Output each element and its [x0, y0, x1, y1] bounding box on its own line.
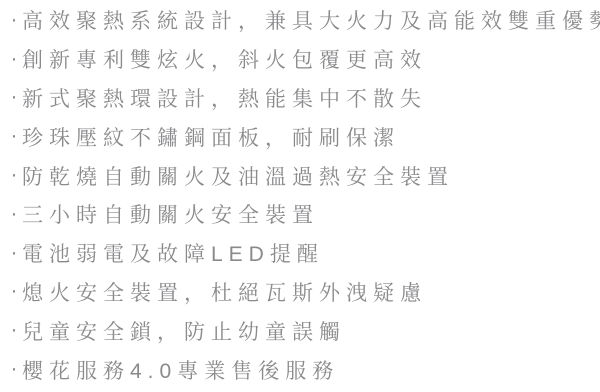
feature-item: · 防乾燒自動關火及油溫過熱安全裝置 — [6, 156, 600, 195]
feature-text: 熄火安全裝置，杜絕瓦斯外洩疑慮 — [22, 277, 427, 307]
feature-text: 櫻花服務4.0專業售後服務 — [22, 355, 339, 385]
feature-item: · 櫻花服務4.0專業售後服務 — [6, 350, 600, 389]
bullet-icon: · — [6, 86, 22, 107]
feature-item: · 珍珠壓紋不鏽鋼面板，耐刷保潔 — [6, 117, 600, 156]
feature-text: 電池弱電及故障LED提醒 — [22, 238, 324, 268]
bullet-icon: · — [6, 9, 22, 30]
bullet-icon: · — [6, 125, 22, 146]
feature-text: 防乾燒自動關火及油溫過熱安全裝置 — [22, 161, 454, 191]
feature-item: · 高效聚熱系統設計，兼具大火力及高能效雙重優勢 — [6, 1, 600, 40]
feature-item: · 新式聚熱環設計，熱能集中不散失 — [6, 79, 600, 118]
feature-list: · 高效聚熱系統設計，兼具大火力及高能效雙重優勢 · 創新專利雙炫火，斜火包覆更… — [0, 0, 600, 389]
feature-text: 兒童安全鎖，防止幼童誤觸 — [22, 316, 346, 346]
feature-text: 珍珠壓紋不鏽鋼面板，耐刷保潔 — [22, 122, 400, 152]
feature-text: 三小時自動關火安全裝置 — [22, 199, 319, 229]
bullet-icon: · — [6, 164, 22, 185]
bullet-icon: · — [6, 203, 22, 224]
feature-item: · 兒童安全鎖，防止幼童誤觸 — [6, 311, 600, 350]
feature-item: · 創新專利雙炫火，斜火包覆更高效 — [6, 40, 600, 79]
bullet-icon: · — [6, 358, 22, 379]
bullet-icon: · — [6, 48, 22, 69]
feature-item: · 三小時自動關火安全裝置 — [6, 195, 600, 234]
bullet-icon: · — [6, 280, 22, 301]
feature-text: 新式聚熱環設計，熱能集中不散失 — [22, 83, 427, 113]
bullet-icon: · — [6, 319, 22, 340]
feature-item: · 電池弱電及故障LED提醒 — [6, 234, 600, 273]
feature-text: 創新專利雙炫火，斜火包覆更高效 — [22, 44, 427, 74]
bullet-icon: · — [6, 242, 22, 263]
feature-item: · 熄火安全裝置，杜絕瓦斯外洩疑慮 — [6, 273, 600, 312]
feature-text: 高效聚熱系統設計，兼具大火力及高能效雙重優勢 — [22, 5, 600, 35]
